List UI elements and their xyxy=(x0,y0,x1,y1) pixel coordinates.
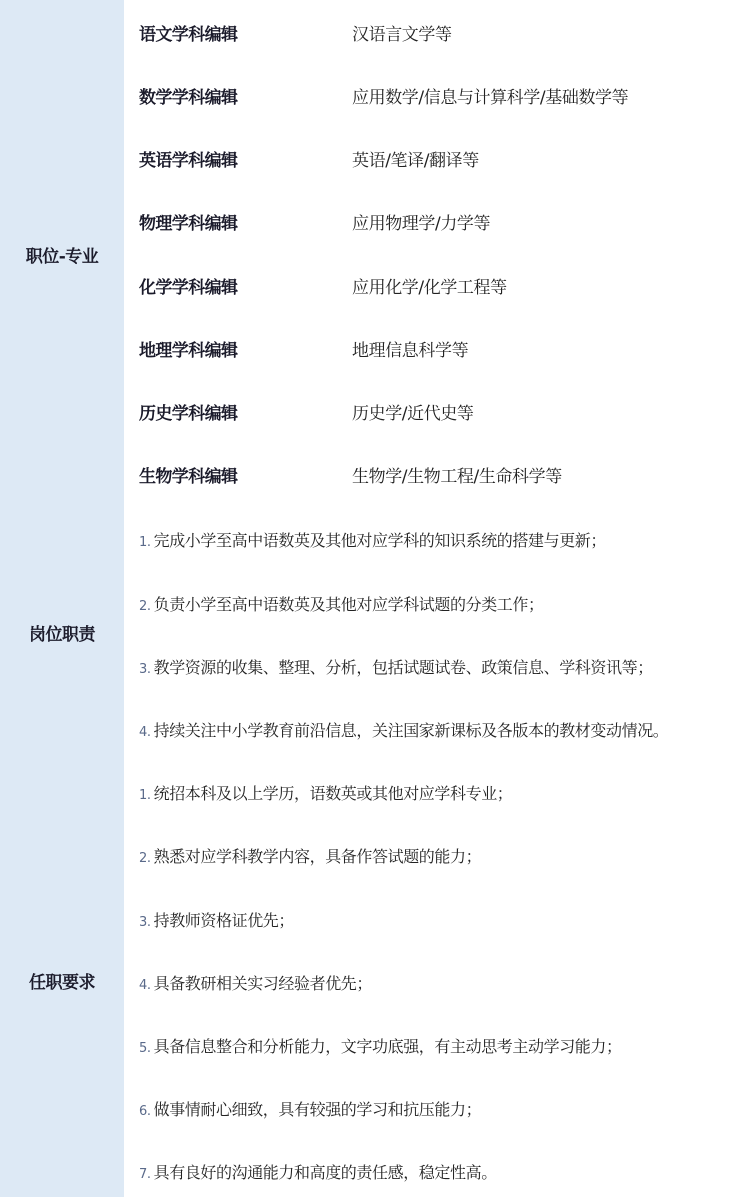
position-row: 英语学科编辑 英语/笔译/翻译等 xyxy=(124,149,749,173)
position-majors: 汉语言文学等 xyxy=(352,23,452,47)
item-number: 4. xyxy=(139,978,151,993)
section-label-duties: 岗位职责 xyxy=(0,624,124,646)
requirement-item: 4.具备教研相关实习经验者优先； xyxy=(124,972,749,996)
item-text: 统招本科及以上学历，语数英或其他对应学科专业； xyxy=(154,784,513,803)
duty-item: 2.负责小学至高中语数英及其他对应学科试题的分类工作； xyxy=(124,593,749,617)
position-title: 生物学科编辑 xyxy=(139,465,237,489)
item-text: 完成小学至高中语数英及其他对应学科的知识系统的搭建与更新； xyxy=(154,531,606,550)
item-number: 3. xyxy=(139,915,151,930)
section-label-requirements: 任职要求 xyxy=(0,972,124,994)
item-number: 5. xyxy=(139,1041,151,1056)
item-text: 具有良好的沟通能力和高度的责任感，稳定性高。 xyxy=(154,1163,497,1182)
position-row: 语文学科编辑 汉语言文学等 xyxy=(124,23,749,47)
item-text: 教学资源的收集、整理、分析，包括试题试卷、政策信息、学科资讯等； xyxy=(154,658,653,677)
position-majors: 地理信息科学等 xyxy=(352,339,468,363)
requirement-item: 6.做事情耐心细致，具有较强的学习和抗压能力； xyxy=(124,1098,749,1122)
position-title: 历史学科编辑 xyxy=(139,402,237,426)
item-text: 做事情耐心细致，具有较强的学习和抗压能力； xyxy=(154,1100,482,1119)
item-text: 具备信息整合和分析能力，文字功底强，有主动思考主动学习能力； xyxy=(154,1037,622,1056)
position-majors: 生物学/生物工程/生命科学等 xyxy=(352,465,562,489)
item-text: 熟悉对应学科教学内容，具备作答试题的能力； xyxy=(154,847,482,866)
position-title: 数学学科编辑 xyxy=(139,86,237,110)
duty-item: 4.持续关注中小学教育前沿信息，关注国家新课标及各版本的教材变动情况。 xyxy=(124,719,749,743)
position-row: 地理学科编辑 地理信息科学等 xyxy=(124,339,749,363)
content-column: 语文学科编辑 汉语言文学等 数学学科编辑 应用数学/信息与计算科学/基础数学等 … xyxy=(124,0,749,1197)
requirement-item: 2.熟悉对应学科教学内容，具备作答试题的能力； xyxy=(124,845,749,869)
position-majors: 应用化学/化学工程等 xyxy=(352,276,507,300)
position-row: 数学学科编辑 应用数学/信息与计算科学/基础数学等 xyxy=(124,86,749,110)
position-row: 物理学科编辑 应用物理学/力学等 xyxy=(124,212,749,236)
duty-item: 1.完成小学至高中语数英及其他对应学科的知识系统的搭建与更新； xyxy=(124,529,749,553)
sidebar-column: 职位-专业 岗位职责 任职要求 xyxy=(0,0,124,1197)
position-row: 化学学科编辑 应用化学/化学工程等 xyxy=(124,276,749,300)
position-majors: 英语/笔译/翻译等 xyxy=(352,149,479,173)
item-text: 持教师资格证优先； xyxy=(154,911,294,930)
item-number: 3. xyxy=(139,662,151,677)
position-title: 地理学科编辑 xyxy=(139,339,237,363)
item-text: 负责小学至高中语数英及其他对应学科试题的分类工作； xyxy=(154,595,544,614)
position-title: 化学学科编辑 xyxy=(139,276,237,300)
position-row: 历史学科编辑 历史学/近代史等 xyxy=(124,402,749,426)
requirement-item: 5.具备信息整合和分析能力，文字功底强，有主动思考主动学习能力； xyxy=(124,1035,749,1059)
item-text: 持续关注中小学教育前沿信息，关注国家新课标及各版本的教材变动情况。 xyxy=(154,721,669,740)
position-majors: 历史学/近代史等 xyxy=(352,402,474,426)
position-title: 语文学科编辑 xyxy=(139,23,237,47)
item-number: 1. xyxy=(139,535,151,550)
item-number: 7. xyxy=(139,1167,151,1182)
item-text: 具备教研相关实习经验者优先； xyxy=(154,974,372,993)
item-number: 2. xyxy=(139,851,151,866)
position-row: 生物学科编辑 生物学/生物工程/生命科学等 xyxy=(124,465,749,489)
position-majors: 应用数学/信息与计算科学/基础数学等 xyxy=(352,86,628,110)
position-majors: 应用物理学/力学等 xyxy=(352,212,490,236)
section-label-positions: 职位-专业 xyxy=(0,246,124,268)
item-number: 6. xyxy=(139,1104,151,1119)
item-number: 1. xyxy=(139,788,151,803)
requirement-item: 1.统招本科及以上学历，语数英或其他对应学科专业； xyxy=(124,782,749,806)
requirement-item: 7.具有良好的沟通能力和高度的责任感，稳定性高。 xyxy=(124,1161,749,1185)
duty-item: 3.教学资源的收集、整理、分析，包括试题试卷、政策信息、学科资讯等； xyxy=(124,656,749,680)
requirement-item: 3.持教师资格证优先； xyxy=(124,909,749,933)
item-number: 2. xyxy=(139,599,151,614)
position-title: 英语学科编辑 xyxy=(139,149,237,173)
position-title: 物理学科编辑 xyxy=(139,212,237,236)
item-number: 4. xyxy=(139,725,151,740)
